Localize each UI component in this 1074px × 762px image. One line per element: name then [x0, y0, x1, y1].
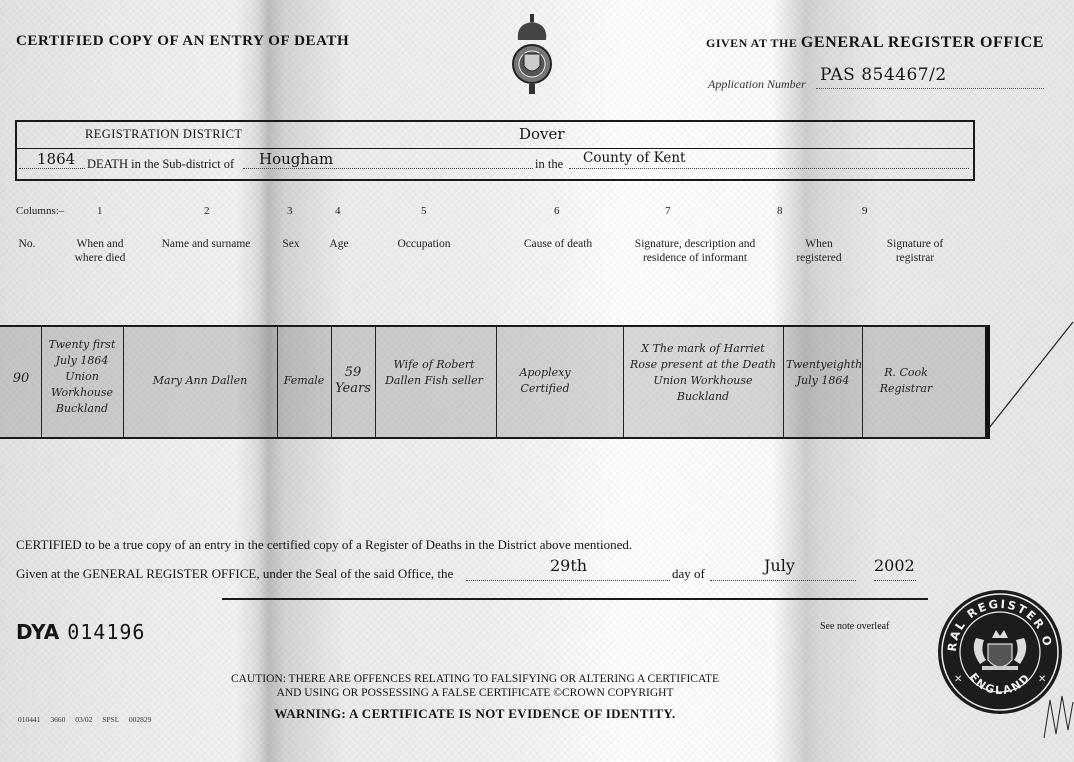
application-number-dotted-line: [816, 88, 1044, 89]
column-header-no: No.: [12, 237, 42, 251]
column-number-3: 3: [287, 205, 293, 217]
in-the-label: in the: [535, 157, 563, 172]
column-header-sex: Sex: [276, 237, 306, 251]
office-name: GENERAL REGISTER OFFICE: [801, 34, 1044, 51]
document-title: CERTIFIED COPY OF AN ENTRY OF DEATH: [16, 33, 349, 50]
signature-scribble: [1040, 690, 1074, 740]
column-number-8: 8: [777, 205, 783, 217]
certificate-page: CERTIFIED COPY OF AN ENTRY OF DEATH GIVE…: [0, 0, 1074, 762]
subdistrict-label: DEATH in the Sub-district of: [87, 157, 234, 172]
entry-sex: Female: [279, 373, 329, 389]
registration-district-label: REGISTRATION DISTRICT: [85, 127, 242, 142]
subdistrict-value: Hougham: [259, 150, 333, 168]
certified-day: 29th: [550, 556, 587, 575]
given-statement: Given at the GENERAL REGISTER OFFICE, un…: [16, 566, 453, 582]
application-number-label: Application Number: [708, 77, 806, 92]
column-header-occupation: Occupation: [384, 237, 464, 251]
column-number-7: 7: [665, 205, 671, 217]
column-number-1: 1: [97, 205, 103, 217]
signature-rule: [222, 598, 928, 600]
application-number: PAS 854467/2: [820, 65, 947, 85]
entry-no: 90: [2, 371, 40, 387]
column-number-5: 5: [421, 205, 427, 217]
certified-month: July: [764, 556, 795, 575]
entry-when-where: Twenty first July 1864 Union Workhouse B…: [44, 337, 120, 417]
certification-statement: CERTIFIED to be a true copy of an entry …: [16, 537, 632, 553]
form-codes: 010441 3660 03/02 SPSL 002829: [18, 715, 151, 724]
column-number-2: 2: [204, 205, 210, 217]
royal-crest-icon: [510, 12, 554, 102]
serial-prefix: DYA: [16, 620, 59, 644]
caution-text: CAUTION: THERE ARE OFFENCES RELATING TO …: [210, 672, 740, 700]
entry-age: 59 Years: [333, 365, 373, 397]
day-of-label: day of: [672, 566, 705, 582]
cancellation-diagonal-line: [985, 300, 1074, 435]
column-number-9: 9: [862, 205, 868, 217]
column-header-age: Age: [322, 237, 356, 251]
serial-number: 014196: [67, 620, 145, 644]
county-value: County of Kent: [583, 150, 685, 166]
death-year: 1864: [37, 150, 75, 168]
entry-cause: Apoplexy Certified: [500, 365, 590, 397]
certificate-serial: DYA014196: [16, 620, 145, 645]
column-header-registrar: Signature of registrar: [874, 237, 956, 265]
column-header-when-where: When and where died: [68, 237, 132, 265]
column-number-4: 4: [335, 205, 341, 217]
column-number-6: 6: [554, 205, 560, 217]
column-header-cause: Cause of death: [516, 237, 600, 251]
certified-year: 2002: [874, 556, 915, 575]
column-header-informant: Signature, description and residence of …: [628, 237, 762, 265]
register-entry-row: 90 Twenty first July 1864 Union Workhous…: [0, 325, 990, 439]
warning-text: WARNING: A CERTIFICATE IS NOT EVIDENCE O…: [210, 706, 740, 722]
column-header-name: Name and surname: [150, 237, 262, 251]
entry-informant: X The mark of Harriet Rose present at th…: [628, 341, 778, 405]
svg-text:✕: ✕: [1038, 674, 1046, 685]
column-header-when-registered: When registered: [790, 237, 848, 265]
see-note-overleaf: See note overleaf: [820, 621, 889, 632]
registration-district-box: REGISTRATION DISTRICT Dover 1864 DEATH i…: [15, 120, 975, 181]
columns-label: Columns:–: [16, 205, 64, 217]
entry-registrar-signature: R. Cook Registrar: [866, 365, 946, 397]
registration-district-value: Dover: [519, 125, 565, 143]
given-at-heading: GIVEN AT THE GENERAL REGISTER OFFICE: [706, 34, 1044, 52]
entry-when-registered: Twentyeighth July 1864: [786, 357, 860, 389]
entry-occupation: Wife of Robert Dallen Fish seller: [384, 357, 484, 389]
svg-text:✕: ✕: [954, 674, 962, 685]
entry-name: Mary Ann Dallen: [126, 373, 274, 389]
